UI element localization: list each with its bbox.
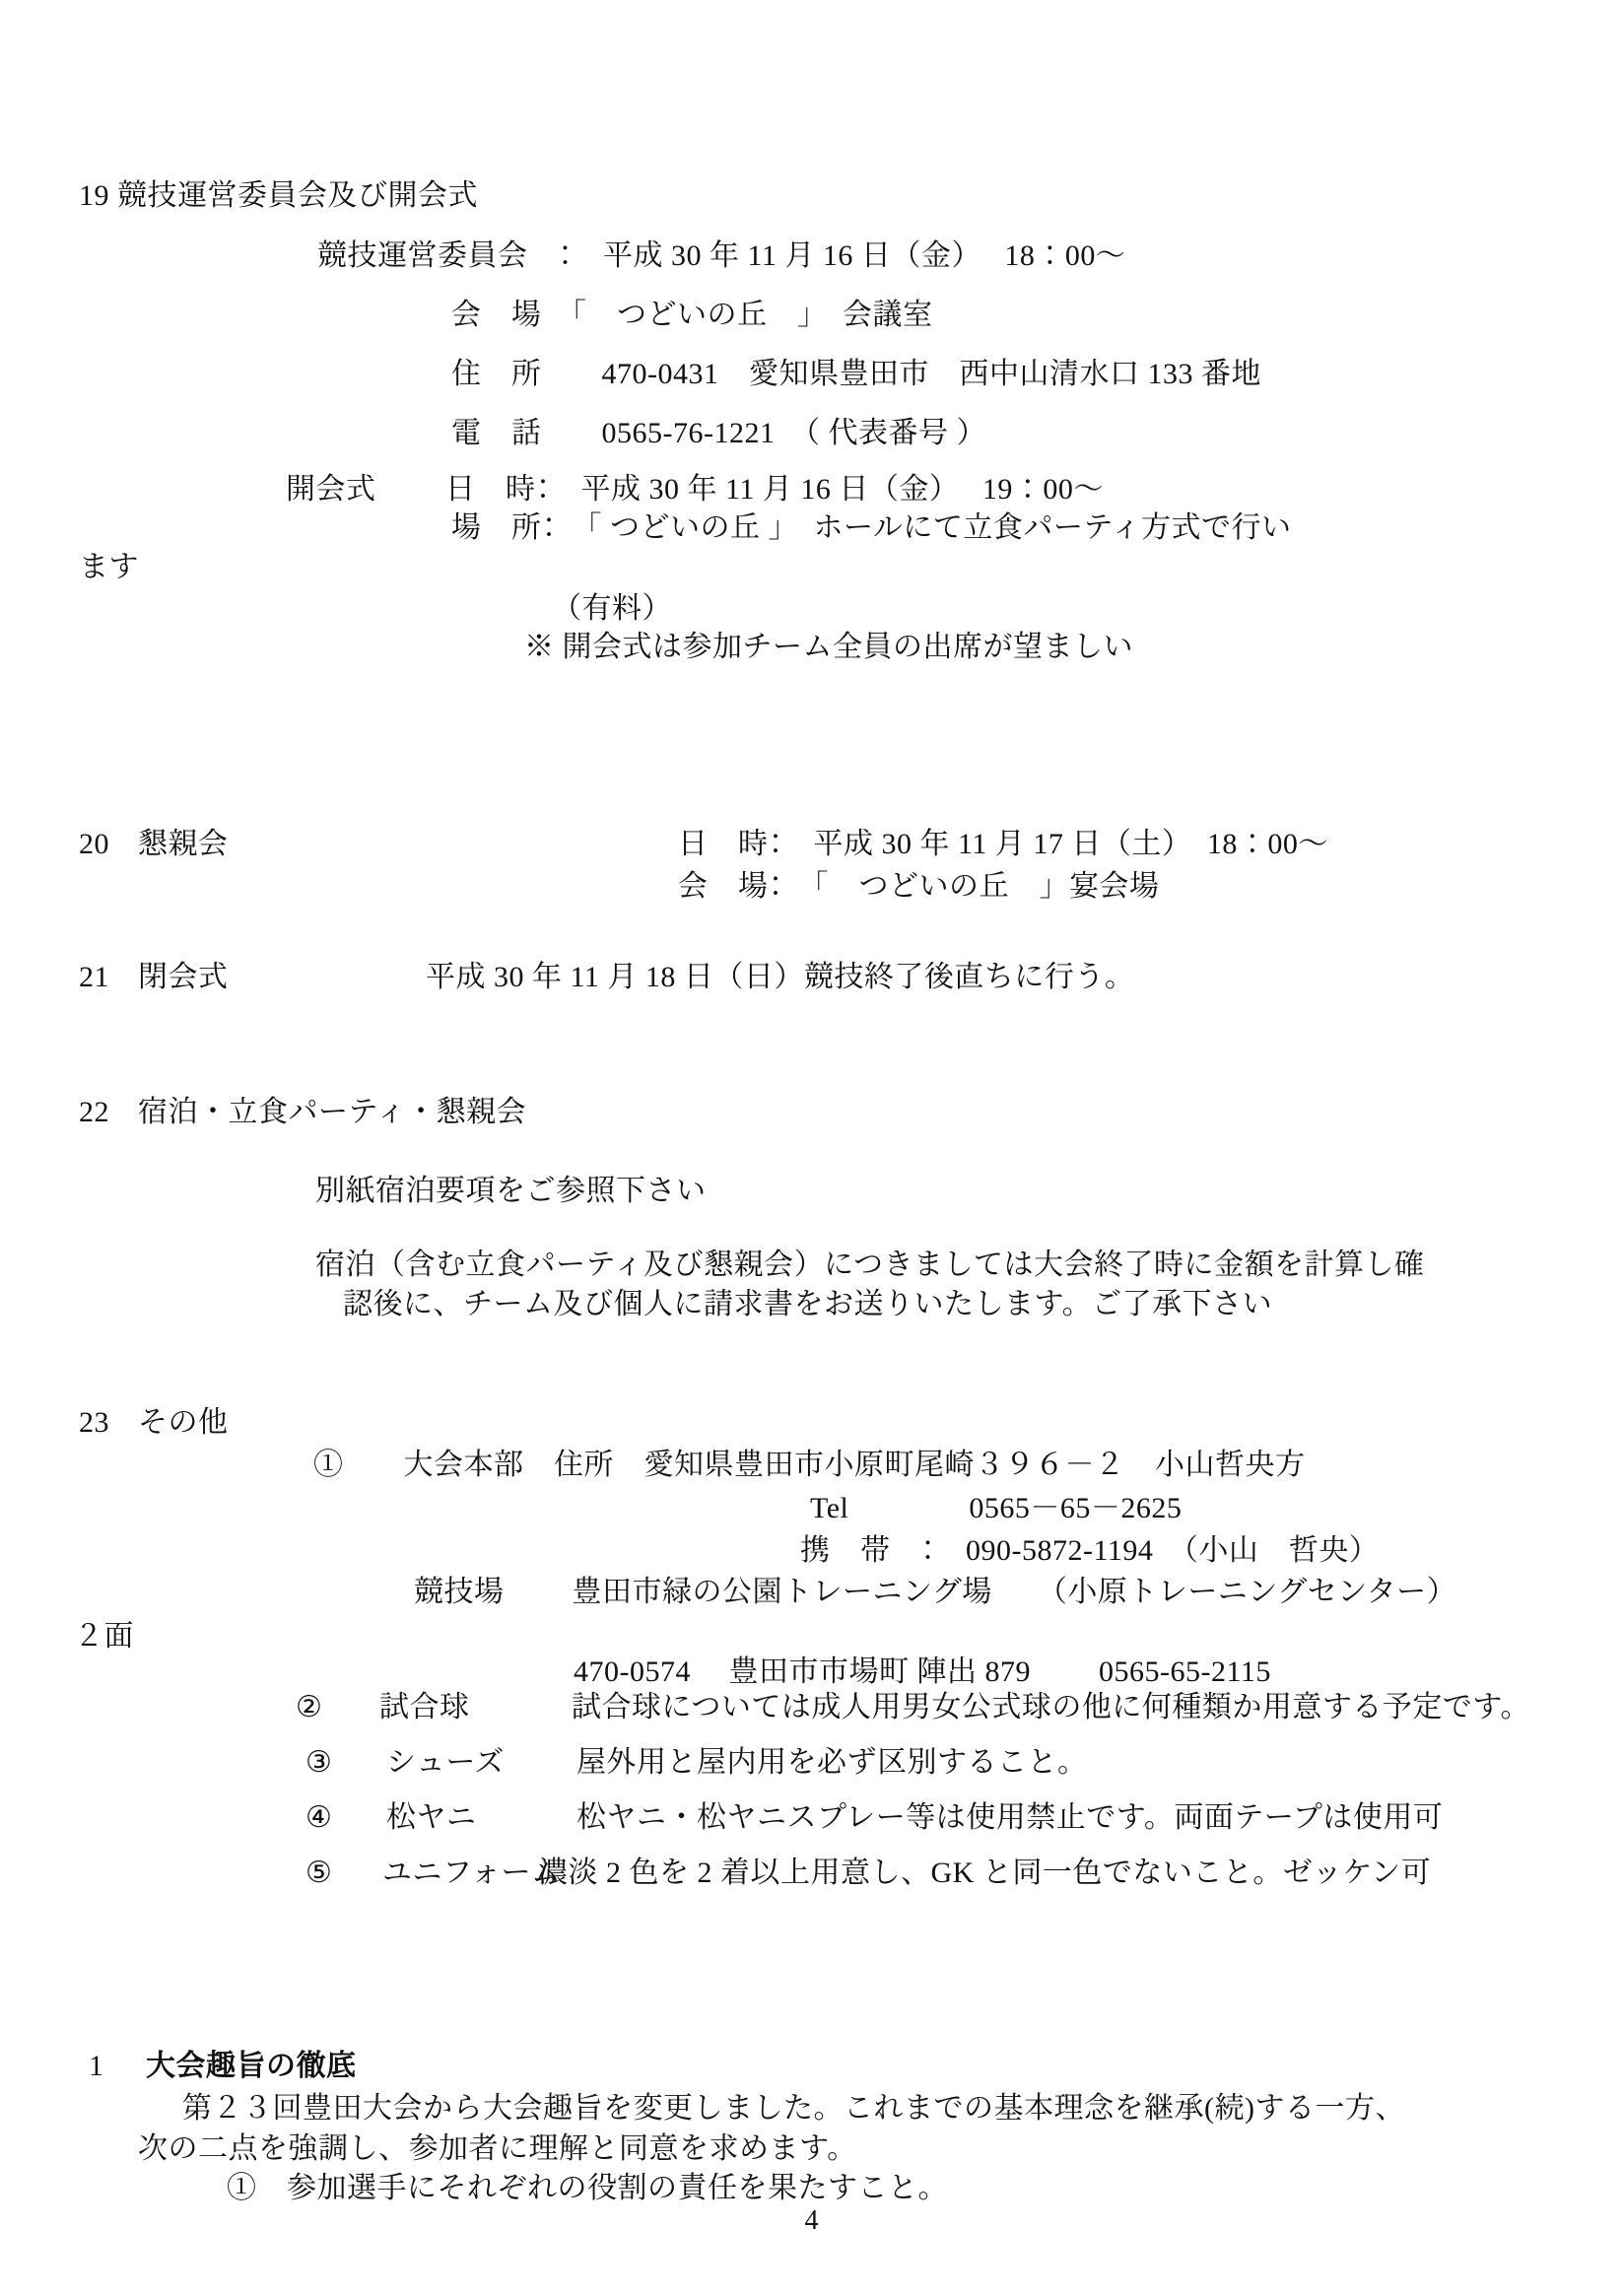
opening-place-line: 場 所： 「 つどいの丘 」 ホールにて立食パーティ方式で行い <box>451 509 1292 547</box>
lodging-note1: 別紙宿泊要項をご参照下さい <box>315 1173 707 1210</box>
section20-title: 懇親会 <box>138 826 229 863</box>
hq-address-line: ① 大会本部 住所 愛知県豊田市小原町尾崎３９６－２ 小山哲央方 <box>313 1447 1306 1484</box>
committee-venue-line: 会 場 「 つどいの丘 」 会議室 <box>451 297 933 334</box>
item4-marker: ④ <box>305 1799 332 1837</box>
section22-number: 22 <box>79 1094 109 1131</box>
section21-number: 21 <box>79 959 109 996</box>
section1-number: 1 <box>89 2048 104 2085</box>
section20-number: 20 <box>79 826 109 863</box>
item5-marker: ⑤ <box>305 1855 332 1892</box>
section21-title: 閉会式 <box>138 959 229 996</box>
page-number: 4 <box>0 2205 1623 2237</box>
document-page: 19 競技運営委員会及び開会式 競技運営委員会 ： 平成 30 年 11 月 1… <box>0 0 1623 2296</box>
lodging-note2-line1: 宿泊（含む立食パーティ及び懇親会）につきましては大会終了時に金額を計算し確 <box>315 1247 1425 1284</box>
committee-meeting-line: 競技運営委員会 ： 平成 30 年 11 月 16 日（金） 18：00～ <box>317 237 1125 275</box>
social-datetime-line: 日 時： 平成 30 年 11 月 17 日（土） 18：00～ <box>678 826 1328 863</box>
section22-title: 宿泊・立食パーティ・懇親会 <box>138 1094 526 1131</box>
closing-ceremony-line: 平成 30 年 11 月 18 日（日）競技終了後直ちに行う。 <box>426 959 1134 996</box>
item3-text: 屋外用と屋内用を必ず区別すること。 <box>576 1744 1088 1782</box>
section23-number: 23 <box>79 1404 109 1442</box>
committee-phone-line: 電 話 0565-76-1221 （ 代表番号 ） <box>451 415 986 452</box>
item5-text: 濃淡 2 色を 2 着以上用意し、GK と同一色でないこと。ゼッケン可 <box>538 1855 1431 1892</box>
section1-title: 大会趣旨の徹底 <box>146 2048 357 2085</box>
purpose-para-line1: 第２３回豊田大会から大会趣旨を変更しました。これまでの基本理念を継承(続)する一… <box>182 2090 1405 2127</box>
item3-label: シューズ <box>386 1744 505 1782</box>
item4-text: 松ヤニ・松ヤニスプレー等は使用禁止です。両面テープは使用可 <box>576 1799 1443 1837</box>
hq-tel-line: Tel 0565－65－2625 <box>810 1490 1182 1527</box>
purpose-item1: ① 参加選手にそれぞれの役割の責任を果たすこと。 <box>227 2170 948 2207</box>
stadium-line: 競技場 豊田市緑の公園トレーニング場 （小原トレーニングセンター） <box>414 1574 1456 1611</box>
purpose-para-line2: 次の二点を強調し、参加者に理解と同意を求めます。 <box>138 2130 857 2168</box>
section23-title: その他 <box>138 1404 229 1442</box>
opening-ceremony-label: 開会式 <box>286 471 376 508</box>
committee-address-line: 住 所 470-0431 愛知県豊田市 西中山清水口 133 番地 <box>451 356 1261 393</box>
fee-note: （有料） <box>552 590 672 628</box>
item2-marker: ② <box>296 1689 322 1726</box>
item5-label: ユニフォーム <box>382 1855 562 1892</box>
attendance-note: ※ 開会式は参加チーム全員の出席が望ましい <box>524 629 1133 666</box>
opening-datetime-line: 日 時： 平成 30 年 11 月 16 日（金） 19：00～ <box>445 471 1104 508</box>
lodging-note2-line2: 認後に、チーム及び個人に請求書をお送りいたします。ご了承下さい <box>343 1286 1272 1323</box>
stadium-address-line: 470-0574 豊田市市場町 陣出 879 0565-65-2115 <box>574 1654 1271 1691</box>
item3-marker: ③ <box>305 1744 332 1782</box>
hq-mobile-line: 携 帯 ： 090-5872-1194 （小山 哲央） <box>800 1532 1379 1570</box>
stadium-courts-wrap: ２面 <box>74 1618 134 1655</box>
item4-label: 松ヤニ <box>386 1799 477 1837</box>
opening-place-wrap: ます <box>79 549 139 586</box>
item2-text: 試合球については成人用男女公式球の他に何種類か用意する予定です。 <box>572 1689 1530 1726</box>
item2-label: 試合球 <box>379 1689 470 1726</box>
section19-heading: 19 競技運営委員会及び開会式 <box>79 177 478 215</box>
social-venue-line: 会 場： 「 つどいの丘 」宴会場 <box>678 868 1160 906</box>
